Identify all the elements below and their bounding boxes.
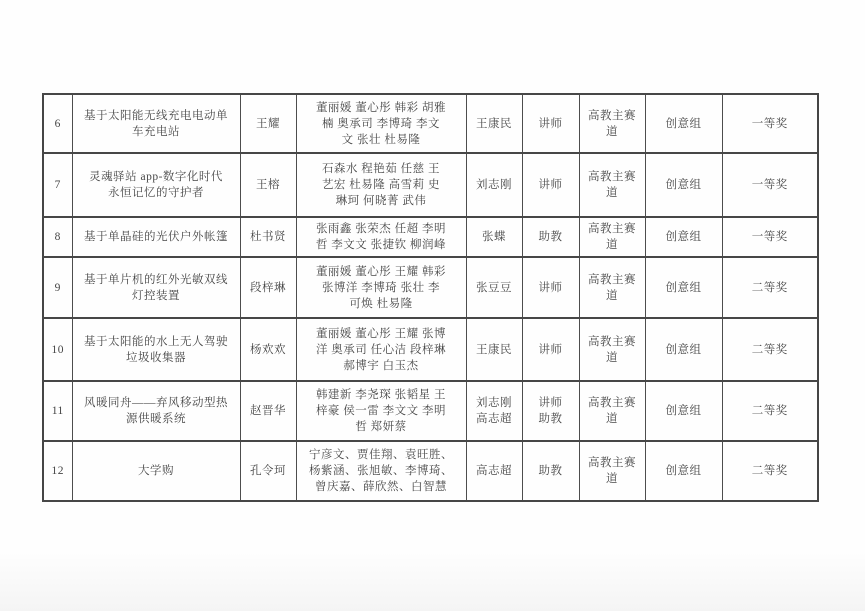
cell-team-members: 张雨鑫 张荣杰 任超 李明 哲 李文文 张捷钦 柳润峰 bbox=[296, 217, 466, 257]
cell-project-name: 基于太阳能的水上无人驾驶 垃圾收集器 bbox=[72, 318, 240, 381]
cell-project-name: 基于太阳能无线充电电动单 车充电站 bbox=[72, 94, 240, 153]
cell-track: 高教主赛 道 bbox=[579, 217, 645, 257]
cell-award: 二等奖 bbox=[722, 318, 818, 381]
table-row: 10 基于太阳能的水上无人驾驶 垃圾收集器 杨欢欢 董丽媛 董心彤 王耀 张博 … bbox=[43, 318, 818, 381]
cell-advisor-title: 助教 bbox=[522, 441, 579, 501]
cell-project-name: 基于单片机的红外光敏双线 灯控装置 bbox=[72, 257, 240, 318]
cell-row-number: 6 bbox=[43, 94, 72, 153]
cell-track: 高教主赛 道 bbox=[579, 153, 645, 217]
cell-group: 创意组 bbox=[645, 257, 722, 318]
cell-leader-name: 段梓琳 bbox=[240, 257, 296, 318]
cell-advisor-name: 王康民 bbox=[466, 318, 522, 381]
table-row: 7 灵魂驿站 app-数字化时代 永恒记忆的守护者 王榕 石森水 程艳茹 任慈 … bbox=[43, 153, 818, 217]
cell-advisor-name: 张豆豆 bbox=[466, 257, 522, 318]
cell-advisor-name: 王康民 bbox=[466, 94, 522, 153]
cell-row-number: 10 bbox=[43, 318, 72, 381]
cell-advisor-title: 讲师 助教 bbox=[522, 381, 579, 441]
cell-advisor-name: 高志超 bbox=[466, 441, 522, 501]
table-row: 12 大学购 孔令珂 宁彦文、贾佳翔、袁旺胜、 杨紫涵、张旭敏、李博琦、 曾庆嘉… bbox=[43, 441, 818, 501]
table-row: 6 基于太阳能无线充电电动单 车充电站 王耀 董丽媛 董心彤 韩彩 胡雅 楠 奥… bbox=[43, 94, 818, 153]
cell-project-name: 基于单晶硅的光伏户外帐篷 bbox=[72, 217, 240, 257]
cell-award: 一等奖 bbox=[722, 94, 818, 153]
award-table: 6 基于太阳能无线充电电动单 车充电站 王耀 董丽媛 董心彤 韩彩 胡雅 楠 奥… bbox=[42, 93, 819, 502]
cell-leader-name: 孔令珂 bbox=[240, 441, 296, 501]
cell-project-name: 大学购 bbox=[72, 441, 240, 501]
cell-track: 高教主赛 道 bbox=[579, 441, 645, 501]
cell-track: 高教主赛 道 bbox=[579, 318, 645, 381]
table-row: 8 基于单晶硅的光伏户外帐篷 杜书贤 张雨鑫 张荣杰 任超 李明 哲 李文文 张… bbox=[43, 217, 818, 257]
cell-track: 高教主赛 道 bbox=[579, 381, 645, 441]
cell-row-number: 8 bbox=[43, 217, 72, 257]
cell-leader-name: 王耀 bbox=[240, 94, 296, 153]
cell-track: 高教主赛 道 bbox=[579, 94, 645, 153]
cell-group: 创意组 bbox=[645, 217, 722, 257]
cell-group: 创意组 bbox=[645, 381, 722, 441]
cell-project-name: 风暖同舟——弃风移动型热 源供暖系统 bbox=[72, 381, 240, 441]
cell-advisor-title: 讲师 bbox=[522, 94, 579, 153]
cell-award: 二等奖 bbox=[722, 381, 818, 441]
cell-team-members: 韩建新 李尧琛 张韬星 王 梓豪 侯一雷 李文文 李明 哲 郑妍蔡 bbox=[296, 381, 466, 441]
cell-advisor-name: 刘志刚 高志超 bbox=[466, 381, 522, 441]
cell-row-number: 11 bbox=[43, 381, 72, 441]
cell-advisor-name: 刘志刚 bbox=[466, 153, 522, 217]
cell-award: 一等奖 bbox=[722, 153, 818, 217]
cell-row-number: 9 bbox=[43, 257, 72, 318]
cell-award: 一等奖 bbox=[722, 217, 818, 257]
cell-track: 高教主赛 道 bbox=[579, 257, 645, 318]
scanned-document-page: 6 基于太阳能无线充电电动单 车充电站 王耀 董丽媛 董心彤 韩彩 胡雅 楠 奥… bbox=[0, 0, 865, 611]
cell-award: 二等奖 bbox=[722, 257, 818, 318]
cell-advisor-name: 张蝶 bbox=[466, 217, 522, 257]
cell-row-number: 12 bbox=[43, 441, 72, 501]
cell-leader-name: 杨欢欢 bbox=[240, 318, 296, 381]
cell-advisor-title: 讲师 bbox=[522, 153, 579, 217]
cell-leader-name: 赵晋华 bbox=[240, 381, 296, 441]
cell-project-name: 灵魂驿站 app-数字化时代 永恒记忆的守护者 bbox=[72, 153, 240, 217]
cell-team-members: 董丽媛 董心彤 王耀 韩彩 张博洋 李博琦 张壮 李 可焕 杜易隆 bbox=[296, 257, 466, 318]
cell-leader-name: 王榕 bbox=[240, 153, 296, 217]
cell-advisor-title: 讲师 bbox=[522, 257, 579, 318]
table-row: 11 风暖同舟——弃风移动型热 源供暖系统 赵晋华 韩建新 李尧琛 张韬星 王 … bbox=[43, 381, 818, 441]
cell-team-members: 董丽媛 董心彤 韩彩 胡雅 楠 奥承司 李博琦 李文 文 张壮 杜易隆 bbox=[296, 94, 466, 153]
cell-row-number: 7 bbox=[43, 153, 72, 217]
cell-team-members: 石森水 程艳茹 任慈 王 艺宏 杜易隆 高雪莉 史 琳珂 何晓菁 武伟 bbox=[296, 153, 466, 217]
cell-award: 二等奖 bbox=[722, 441, 818, 501]
cell-group: 创意组 bbox=[645, 441, 722, 501]
cell-leader-name: 杜书贤 bbox=[240, 217, 296, 257]
award-table-body: 6 基于太阳能无线充电电动单 车充电站 王耀 董丽媛 董心彤 韩彩 胡雅 楠 奥… bbox=[43, 94, 818, 501]
cell-group: 创意组 bbox=[645, 153, 722, 217]
cell-team-members: 宁彦文、贾佳翔、袁旺胜、 杨紫涵、张旭敏、李博琦、 曾庆嘉、薛欣然、白智慧 bbox=[296, 441, 466, 501]
cell-advisor-title: 助教 bbox=[522, 217, 579, 257]
cell-advisor-title: 讲师 bbox=[522, 318, 579, 381]
table-row: 9 基于单片机的红外光敏双线 灯控装置 段梓琳 董丽媛 董心彤 王耀 韩彩 张博… bbox=[43, 257, 818, 318]
cell-group: 创意组 bbox=[645, 94, 722, 153]
cell-team-members: 董丽媛 董心彤 王耀 张博 洋 奥承司 任心洁 段梓琳 郝博宇 白玉杰 bbox=[296, 318, 466, 381]
cell-group: 创意组 bbox=[645, 318, 722, 381]
